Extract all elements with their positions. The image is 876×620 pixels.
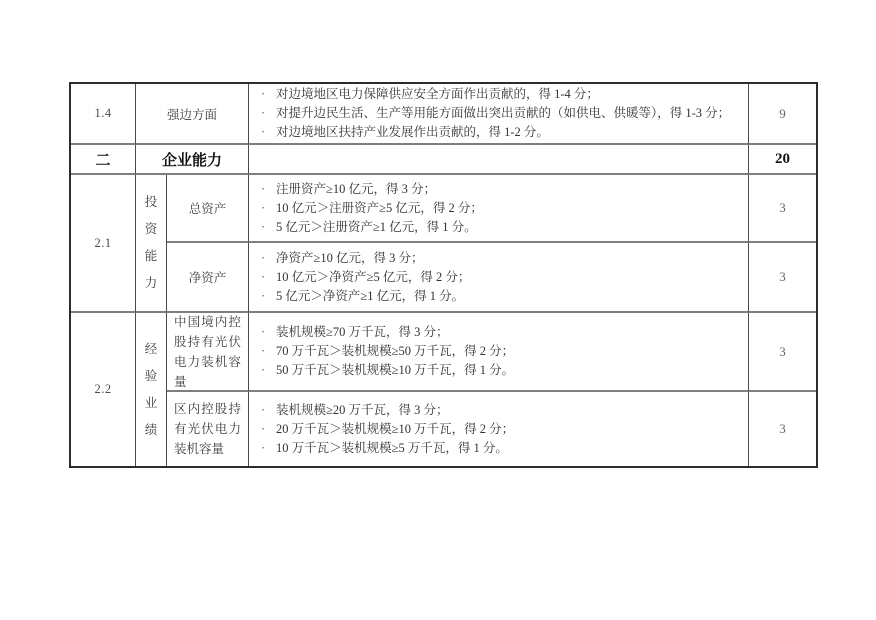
subitem-total-assets: 总资产 [167, 175, 249, 243]
criteria-text: 5 亿元＞注册资产≥1 亿元，得 1 分。 [276, 218, 740, 237]
criteria-text: 10 万千瓦＞装机规模≥5 万千瓦，得 1 分。 [276, 439, 740, 458]
group-label-text: 投资能力 [145, 189, 158, 297]
criteria-line: · 5 亿元＞注册资产≥1 亿元，得 1 分。 [259, 218, 740, 237]
score-total-assets: 3 [749, 175, 816, 243]
category-strongborder: 强边方面 [136, 84, 249, 145]
group-label-investment: 投资能力 [136, 175, 167, 313]
criteria-text: 20 万千瓦＞装机规模≥10 万千瓦，得 2 分； [276, 420, 740, 439]
score-net-assets: 3 [749, 243, 816, 313]
criteria-text: 10 亿元＞注册资产≥5 亿元，得 2 分； [276, 199, 740, 218]
criteria-net-assets: · 净资产≥10 亿元，得 3 分； · 10 亿元＞净资产≥5 亿元，得 2 … [249, 243, 749, 313]
subitem-label: 中国境内控股持有光伏电力装机容量 [174, 313, 241, 392]
criteria-line: · 对提升边民生活、生产等用能方面做出突出贡献的（如供电、供暖等），得 1-3 … [259, 104, 740, 123]
subitem-region-capacity: 区内控股持有光伏电力装机容量 [167, 392, 249, 466]
criteria-line: · 注册资产≥10 亿元，得 3 分； [259, 180, 740, 199]
criteria-text: 净资产≥10 亿元，得 3 分； [276, 249, 740, 268]
row-number-2-2: 2.2 [71, 313, 136, 466]
criteria-region-capacity: · 装机规模≥20 万千瓦，得 3 分； · 20 万千瓦＞装机规模≥10 万千… [249, 392, 749, 466]
section-title-capability: 企业能力 [136, 145, 249, 175]
criteria-line: · 净资产≥10 亿元，得 3 分； [259, 249, 740, 268]
bullet-icon: · [259, 401, 276, 420]
criteria-line: · 对边境地区扶持产业发展作出贡献的，得 1-2 分。 [259, 123, 740, 142]
score-china-capacity: 3 [749, 313, 816, 392]
criteria-text: 对边境地区电力保障供应安全方面作出贡献的，得 1-4 分； [276, 85, 740, 104]
criteria-text: 10 亿元＞净资产≥5 亿元，得 2 分； [276, 268, 740, 287]
bullet-icon: · [259, 287, 276, 306]
criteria-text: 装机规模≥70 万千瓦，得 3 分； [276, 323, 740, 342]
bullet-icon: · [259, 323, 276, 342]
criteria-text: 5 亿元＞净资产≥1 亿元，得 1 分。 [276, 287, 740, 306]
row-number-1-4: 1.4 [71, 84, 136, 145]
document-page: 1.4 强边方面 · 对边境地区电力保障供应安全方面作出贡献的，得 1-4 分；… [0, 0, 876, 620]
criteria-text: 70 万千瓦＞装机规模≥50 万千瓦，得 2 分； [276, 342, 740, 361]
criteria-line: · 50 万千瓦＞装机规模≥10 万千瓦，得 1 分。 [259, 361, 740, 380]
bullet-icon: · [259, 268, 276, 287]
subitem-label: 区内控股持有光伏电力装机容量 [174, 399, 241, 459]
bullet-icon: · [259, 123, 276, 142]
score-strongborder: 9 [749, 84, 816, 145]
criteria-china-capacity: · 装机规模≥70 万千瓦，得 3 分； · 70 万千瓦＞装机规模≥50 万千… [249, 313, 749, 392]
subitem-net-assets: 净资产 [167, 243, 249, 313]
subitem-china-capacity: 中国境内控股持有光伏电力装机容量 [167, 313, 249, 392]
bullet-icon: · [259, 199, 276, 218]
criteria-strongborder: · 对边境地区电力保障供应安全方面作出贡献的，得 1-4 分； · 对提升边民生… [249, 84, 749, 145]
criteria-line: · 70 万千瓦＞装机规模≥50 万千瓦，得 2 分； [259, 342, 740, 361]
bullet-icon: · [259, 361, 276, 380]
bullet-icon: · [259, 420, 276, 439]
criteria-text: 对提升边民生活、生产等用能方面做出突出贡献的（如供电、供暖等），得 1-3 分； [276, 104, 740, 123]
bullet-icon: · [259, 249, 276, 268]
group-label-experience: 经验业绩 [136, 313, 167, 466]
scoring-criteria-table: 1.4 强边方面 · 对边境地区电力保障供应安全方面作出贡献的，得 1-4 分；… [69, 82, 818, 468]
criteria-line: · 10 万千瓦＞装机规模≥5 万千瓦，得 1 分。 [259, 439, 740, 458]
criteria-line: · 装机规模≥20 万千瓦，得 3 分； [259, 401, 740, 420]
group-label-text: 经验业绩 [145, 336, 158, 444]
score-region-capacity: 3 [749, 392, 816, 466]
criteria-line: · 对边境地区电力保障供应安全方面作出贡献的，得 1-4 分； [259, 85, 740, 104]
bullet-icon: · [259, 104, 276, 123]
bullet-icon: · [259, 439, 276, 458]
bullet-icon: · [259, 218, 276, 237]
bullet-icon: · [259, 180, 276, 199]
criteria-text: 50 万千瓦＞装机规模≥10 万千瓦，得 1 分。 [276, 361, 740, 380]
criteria-text: 对边境地区扶持产业发展作出贡献的，得 1-2 分。 [276, 123, 740, 142]
criteria-line: · 20 万千瓦＞装机规模≥10 万千瓦，得 2 分； [259, 420, 740, 439]
section-number: 二 [71, 145, 136, 175]
criteria-line: · 5 亿元＞净资产≥1 亿元，得 1 分。 [259, 287, 740, 306]
section-criteria-empty [249, 145, 749, 175]
criteria-total-assets: · 注册资产≥10 亿元，得 3 分； · 10 亿元＞注册资产≥5 亿元，得 … [249, 175, 749, 243]
subitem-label: 总资产 [189, 199, 227, 217]
bullet-icon: · [259, 342, 276, 361]
row-number-2-1: 2.1 [71, 175, 136, 313]
criteria-line: · 10 亿元＞净资产≥5 亿元，得 2 分； [259, 268, 740, 287]
criteria-text: 注册资产≥10 亿元，得 3 分； [276, 180, 740, 199]
criteria-line: · 装机规模≥70 万千瓦，得 3 分； [259, 323, 740, 342]
subitem-label: 净资产 [189, 268, 227, 286]
criteria-text: 装机规模≥20 万千瓦，得 3 分； [276, 401, 740, 420]
bullet-icon: · [259, 85, 276, 104]
criteria-line: · 10 亿元＞注册资产≥5 亿元，得 2 分； [259, 199, 740, 218]
section-score: 20 [749, 145, 816, 175]
